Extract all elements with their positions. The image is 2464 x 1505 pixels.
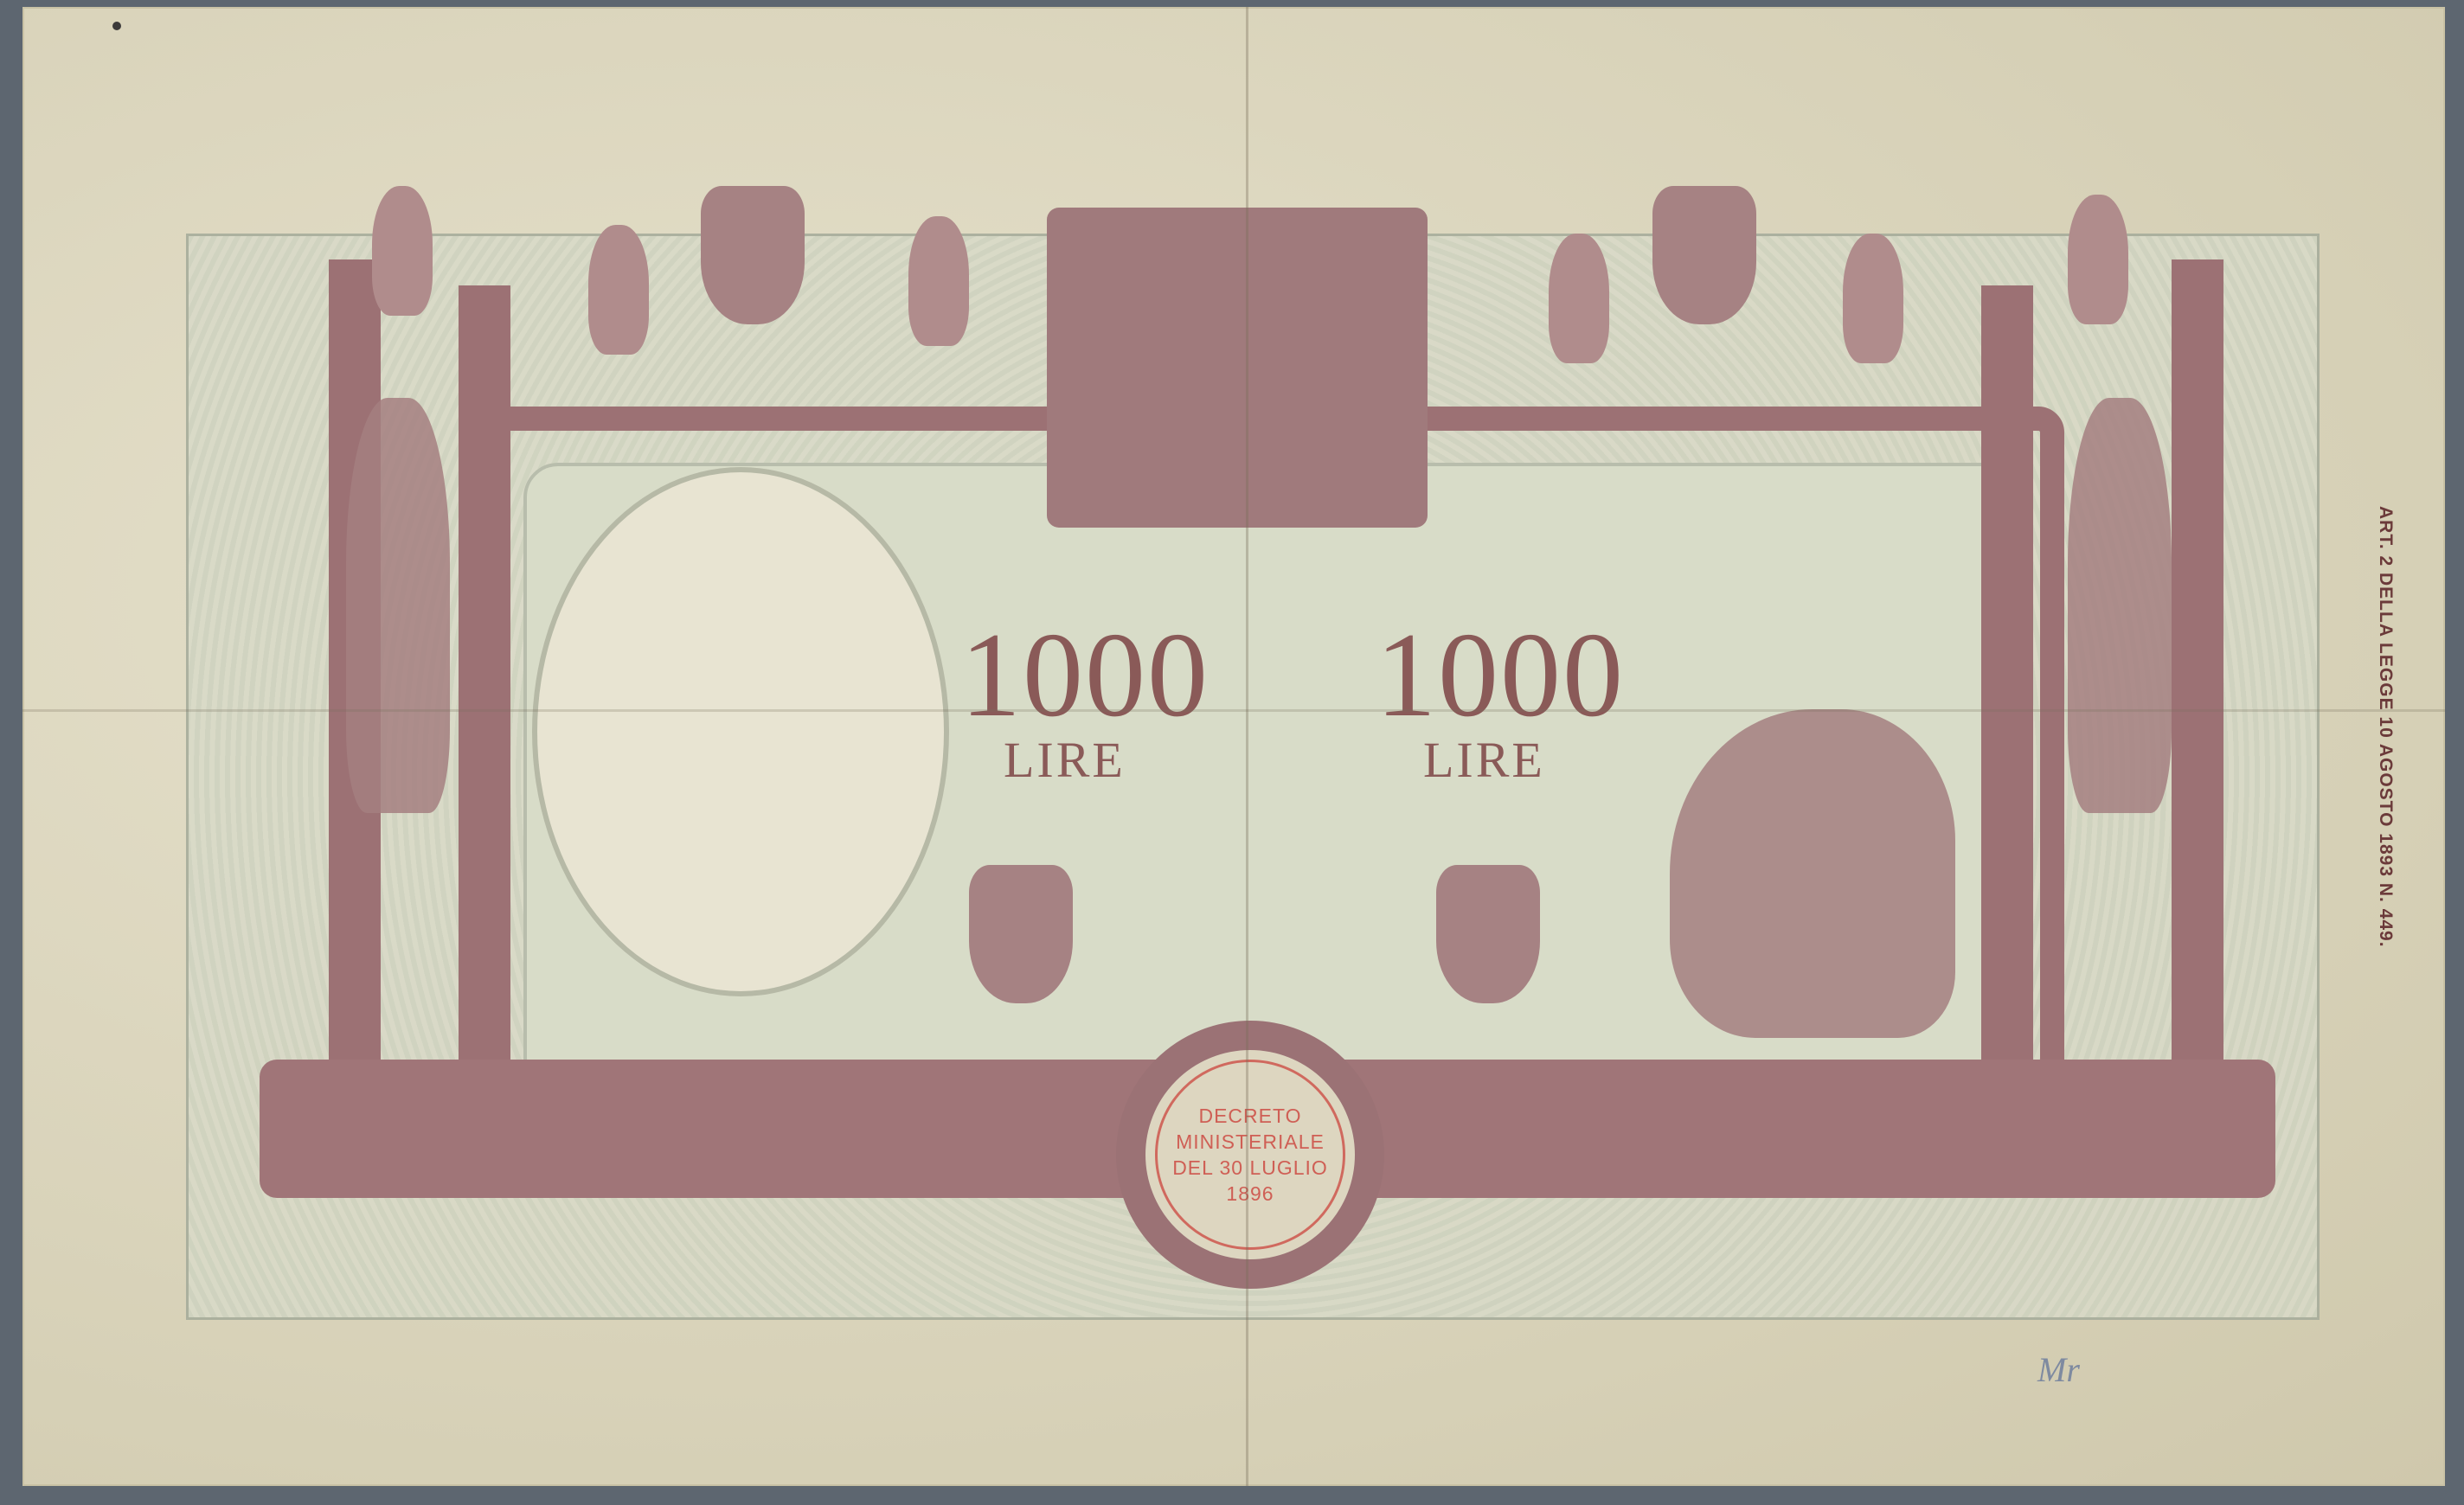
right-column [2172,259,2223,1124]
standing-female-figure-icon [346,398,450,813]
denomination-left: 1000 [960,605,1210,745]
cherub-icon [372,186,433,316]
vertical-fold [1246,7,1248,1486]
denomination-right: 1000 [1376,605,1625,745]
cherub-icon [908,216,969,346]
reclining-agriculture-figure-icon [1670,709,1955,1038]
central-pediment-figure [1047,208,1428,528]
horizontal-fold [22,709,2445,712]
cherub-icon [588,225,649,355]
cherub-icon [1843,234,1903,363]
mercury-figure-icon [2068,398,2172,813]
currency-right: LIRE [1423,731,1545,789]
urn-icon [1652,186,1756,324]
seal-line-3: DEL 30 LUGLIO [1172,1155,1328,1181]
pinhole [112,22,121,30]
seal-line-1: DECRETO [1198,1103,1301,1129]
wheat-urn-icon [1436,865,1540,1003]
legal-reference-text: ART. 2 DELLA LEGGE 10 AGOSTO 1893 N. 449… [2375,506,2396,948]
wheat-urn-icon [969,865,1073,1003]
decree-seal: DECRETO MINISTERIALE DEL 30 LUGLIO 1896 [1155,1060,1345,1250]
urn-icon [701,186,805,324]
seal-line-4: 1896 [1226,1181,1274,1207]
pencil-mark: Mr [2037,1349,2080,1390]
currency-left: LIRE [1004,731,1126,789]
left-inner-column [459,285,510,1064]
right-inner-column [1981,285,2033,1064]
cherub-icon [1549,234,1609,363]
cherub-icon [2068,195,2128,324]
seal-line-2: MINISTERIALE [1176,1129,1325,1155]
